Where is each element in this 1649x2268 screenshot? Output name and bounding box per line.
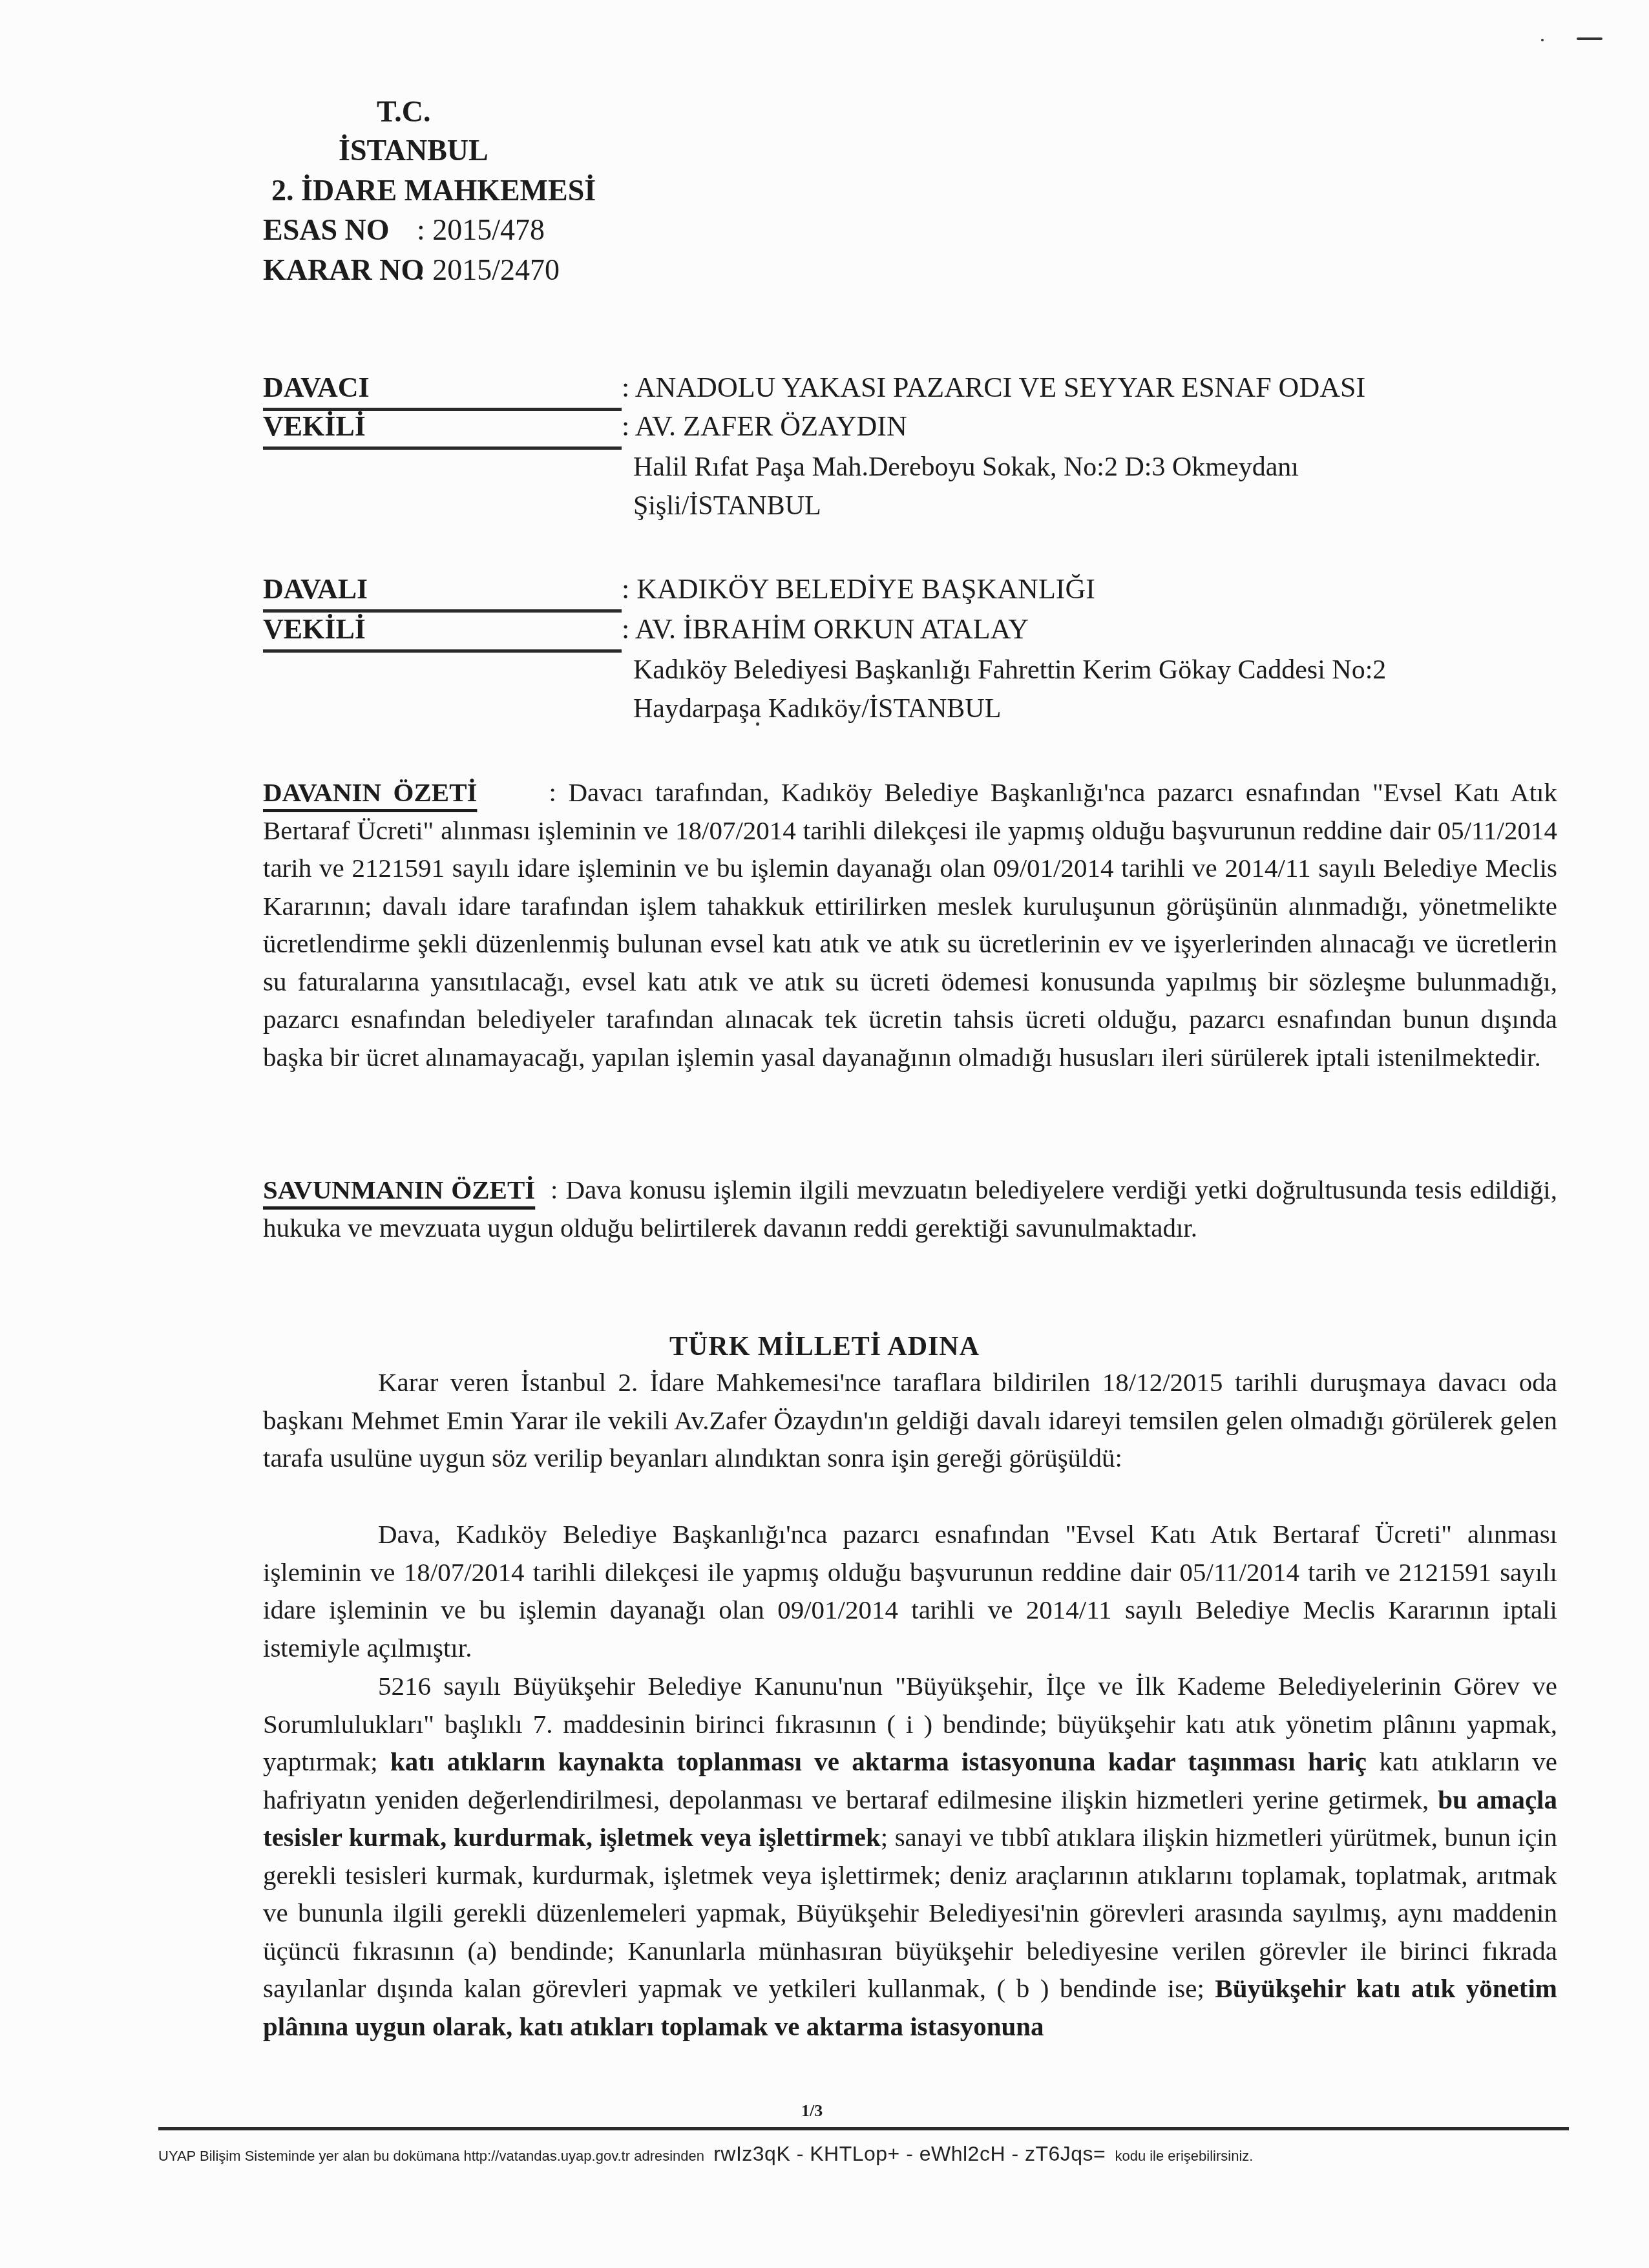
davali-label: DAVALI [263,575,615,606]
davanin-ozeti-section: DAVANIN ÖZETİ : Davacı tarafından, Kadık… [263,773,1557,1076]
davaci-address-line-2: Şişli/İSTANBUL [633,492,821,520]
karar-no-label: KARAR NO [263,255,417,285]
decision-title: TÜRK MİLLETİ ADINA [0,1331,1649,1362]
footer-prefix: UYAP Bilişim Sisteminde yer alan bu dokü… [158,2148,704,2164]
davali-address-line-1: Kadıköy Belediyesi Başkanlığı Fahrettin … [633,656,1386,684]
savunmanin-ozeti-title: SAVUNMANIN ÖZETİ [263,1175,535,1204]
karar-no: KARAR NO: 2015/2470 [263,255,560,285]
davaci-row: DAVACI : ANADOLU YAKASI PAZARCI VE SEYYA… [263,373,615,404]
davali-row: DAVALI : KADIKÖY BELEDİYE BAŞKANLIĞI [263,575,615,606]
esas-no: ESAS NO: 2015/478 [263,215,545,245]
davali-address-line-2: Haydarpaşa Kadıköy/İSTANBUL [633,695,1001,722]
access-code: rwIz3qK - KHTLop+ - eWhl2cH - zT6Jqs= [713,2142,1106,2165]
document-page: T.C. İSTANBUL 2. İDARE MAHKEMESİ ESAS NO… [0,0,1649,2268]
davaci-label: DAVACI [263,373,615,404]
republic-heading: T.C. [377,97,431,127]
davanin-ozeti-text: : Davacı tarafından, Kadıköy Belediye Ba… [263,777,1557,1072]
uyap-footer: UYAP Bilişim Sisteminde yer alan bu dokü… [158,2142,1253,2166]
scan-artifact [756,722,759,726]
scan-artifact [1541,39,1544,41]
page-number: 1/3 [801,2101,823,2121]
davali-value: : KADIKÖY BELEDİYE BAŞKANLIĞI [622,575,1095,604]
davaci-value: : ANADOLU YAKASI PAZARCI VE SEYYAR ESNAF… [622,373,1365,402]
scan-artifact [1577,37,1602,40]
davaci-vekili-row: VEKİLİ : AV. ZAFER ÖZAYDIN [263,412,615,443]
davaci-vekili-value: : AV. ZAFER ÖZAYDIN [622,412,907,441]
davali-vekili-value: : AV. İBRAHİM ORKUN ATALAY [622,615,1029,644]
davali-vekili-label: VEKİLİ [263,615,615,646]
davaci-address-line-1: Halil Rıfat Paşa Mah.Dereboyu Sokak, No:… [633,454,1299,481]
city-heading: İSTANBUL [339,136,488,165]
karar-no-value: : 2015/2470 [417,253,560,286]
decision-paragraph-2: Dava, Kadıköy Belediye Başkanlığı'nca pa… [263,1515,1557,1666]
court-heading: 2. İDARE MAHKEMESİ [271,176,596,205]
footer-suffix: kodu ile erişebilirsiniz. [1115,2148,1253,2164]
savunmanin-ozeti-section: SAVUNMANIN ÖZETİ : Dava konusu işlemin i… [263,1171,1557,1246]
davaci-vekili-label: VEKİLİ [263,412,615,443]
davanin-ozeti-title: DAVANIN ÖZETİ [263,777,477,807]
esas-no-label: ESAS NO [263,215,417,245]
decision-paragraph-1: Karar veren İstanbul 2. İdare Mahkemesi'… [263,1363,1557,1477]
decision-paragraph-3: 5216 sayılı Büyükşehir Belediye Kanunu'n… [263,1667,1557,2045]
davali-vekili-row: VEKİLİ : AV. İBRAHİM ORKUN ATALAY [263,615,615,646]
law-text-bold-1: katı atıkların kaynakta toplanması ve ak… [390,1747,1367,1776]
footer-divider [158,2127,1569,2130]
esas-no-value: : 2015/478 [417,213,545,246]
